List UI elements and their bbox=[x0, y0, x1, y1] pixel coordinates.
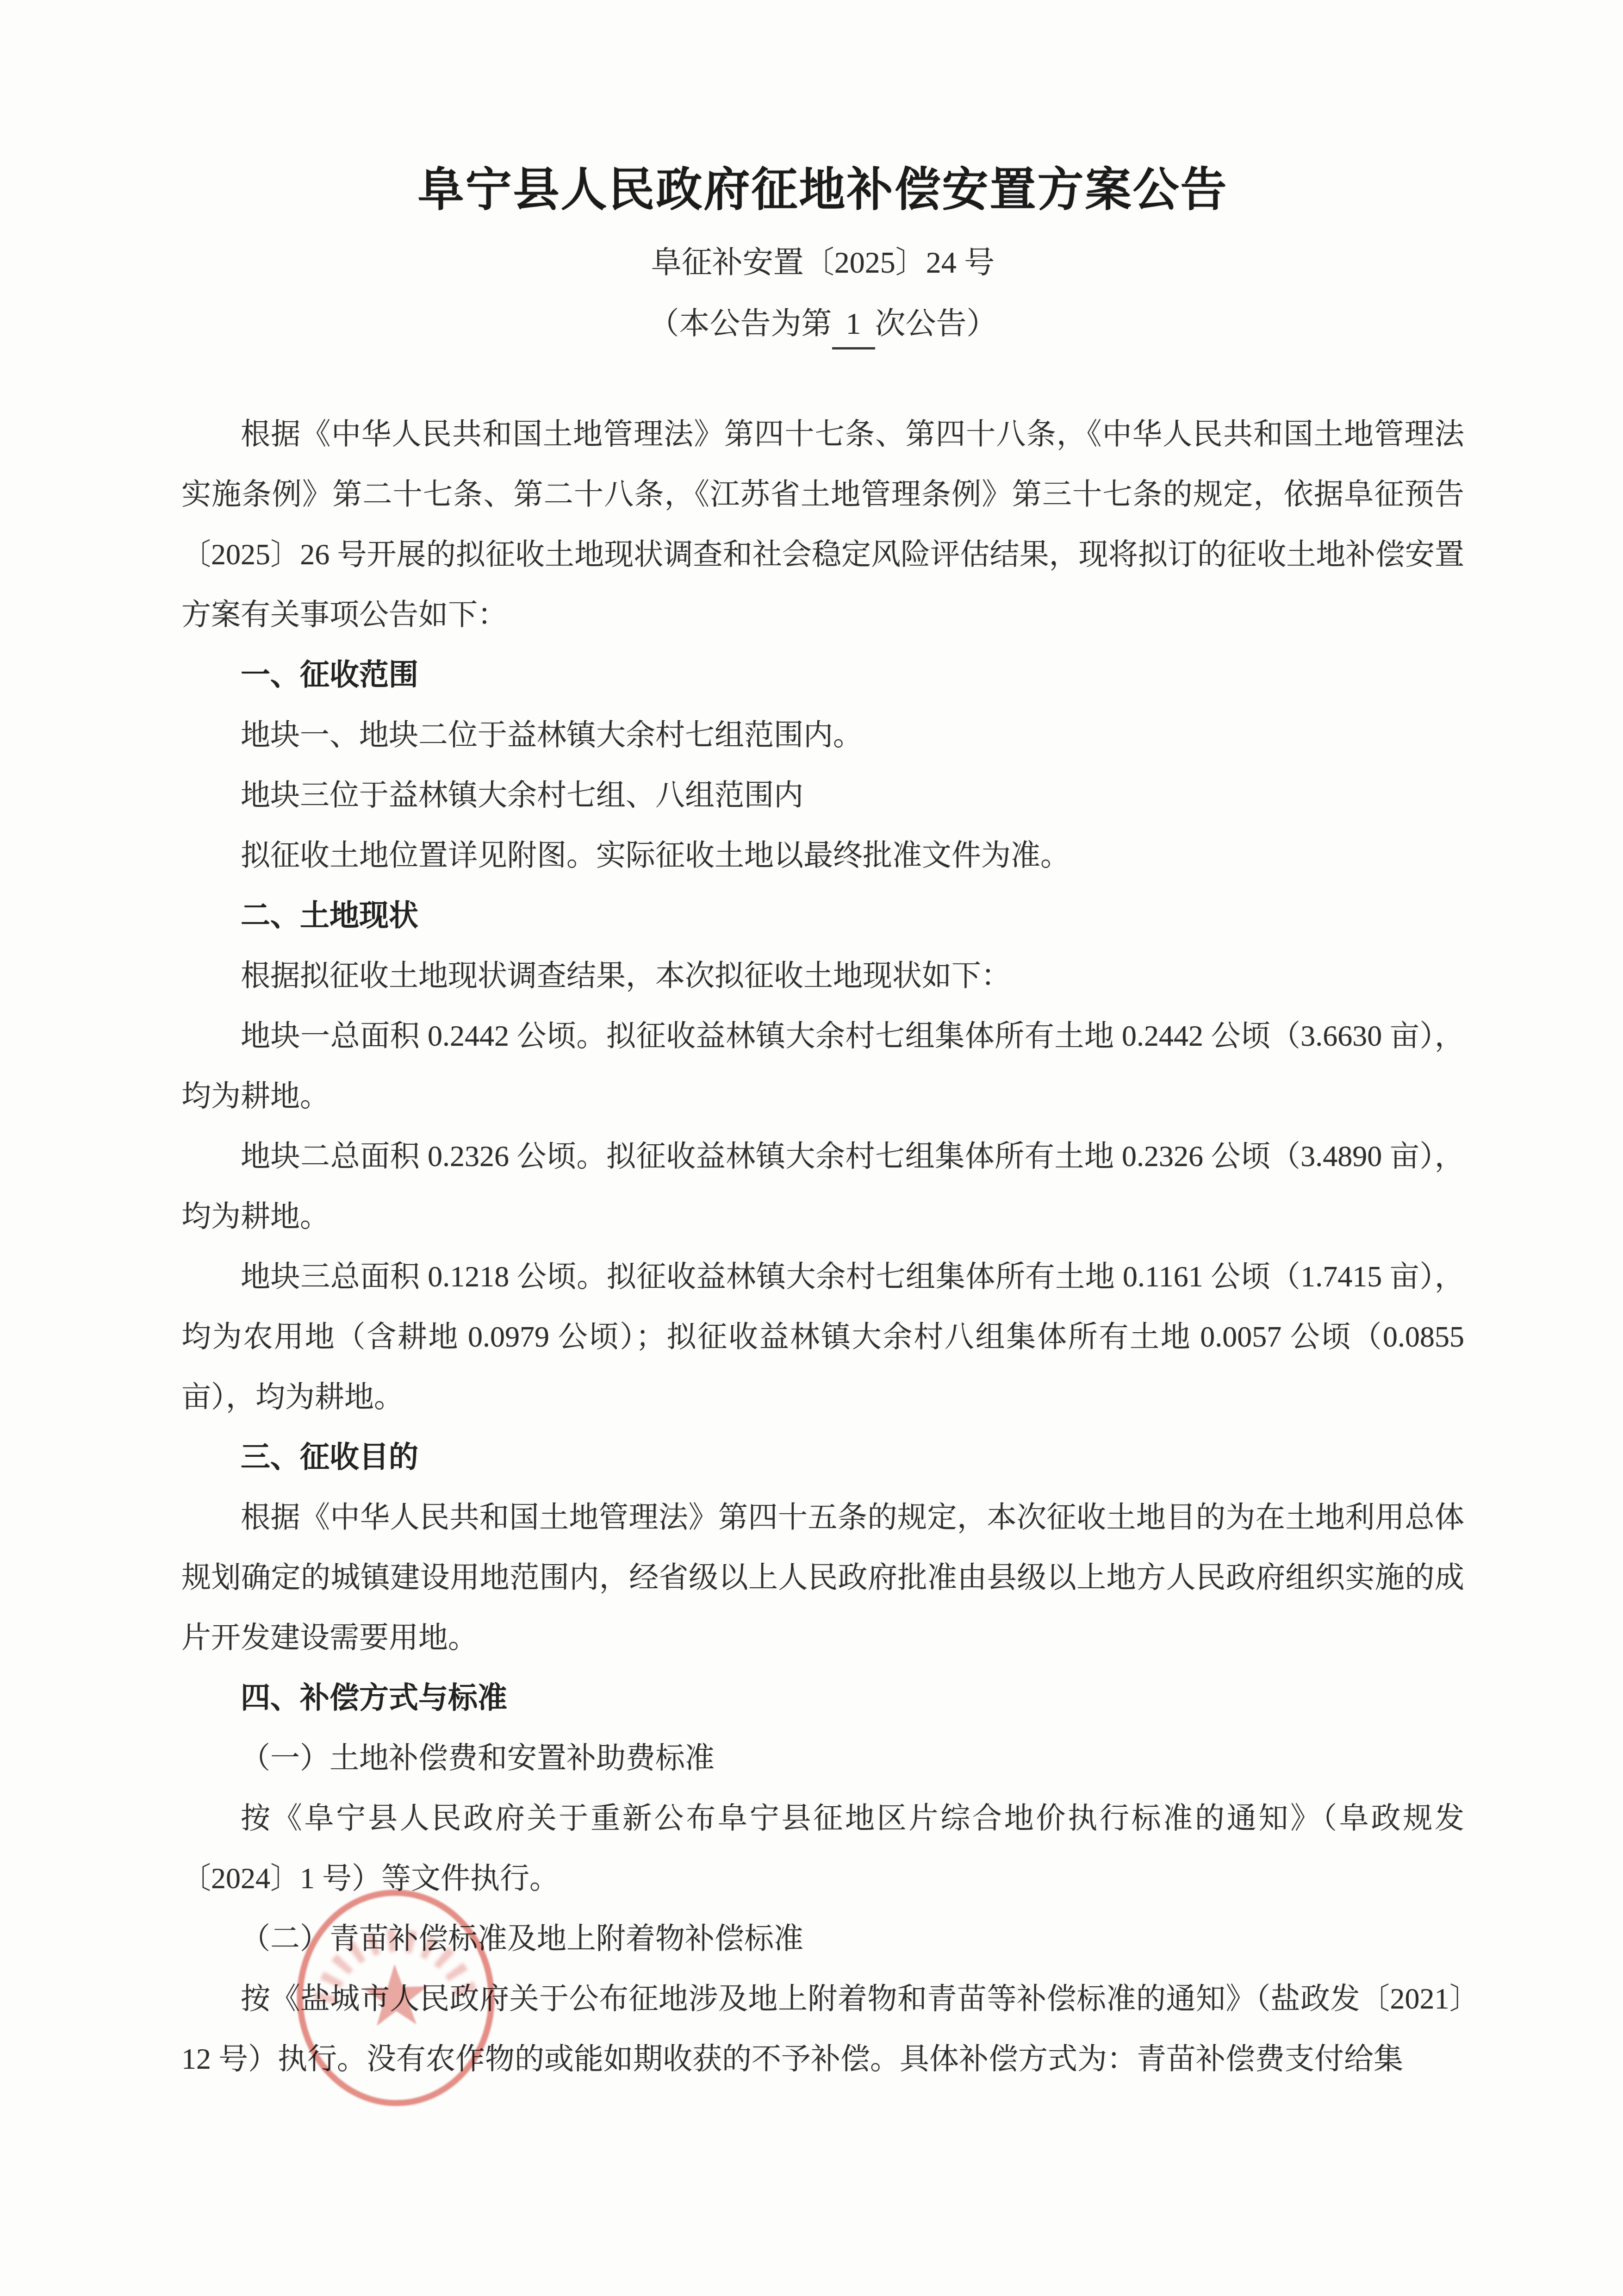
notice-count-prefix: （本公告为第 bbox=[649, 307, 832, 341]
official-seal-stamp bbox=[292, 1885, 499, 2111]
notice-count-suffix: 次公告） bbox=[875, 307, 997, 341]
seal-text-row bbox=[343, 2059, 467, 2064]
page-title: 阜宁县人民政府征地补偿安置方案公告 bbox=[181, 162, 1464, 218]
section-heading: 三、征收目的 bbox=[181, 1427, 1464, 1487]
paragraph: 拟征收土地位置详见附图。实际征收土地以最终批准文件为准。 bbox=[181, 825, 1464, 886]
document-number: 阜征补安置〔2025〕24 号 bbox=[181, 244, 1464, 281]
paragraph: 地块一、地块二位于益林镇大余村七组范围内。 bbox=[181, 705, 1464, 765]
paragraph: （一）土地补偿费和安置补助费标准 bbox=[181, 1728, 1464, 1788]
document-page: 阜宁县人民政府征地补偿安置方案公告 阜征补安置〔2025〕24 号 （本公告为第… bbox=[0, 0, 1623, 2296]
paragraph: 根据《中华人民共和国土地管理法》第四十七条、第四十八条，《中华人民共和国土地管理… bbox=[181, 404, 1464, 645]
seal-graphic bbox=[292, 1885, 499, 2111]
announcement-document: 阜宁县人民政府征地补偿安置方案公告 阜征补安置〔2025〕24 号 （本公告为第… bbox=[181, 162, 1464, 2089]
paragraph: 地块一总面积 0.2442 公顷。拟征收益林镇大余村七组集体所有土地 0.244… bbox=[181, 1006, 1464, 1126]
section-heading: 一、征收范围 bbox=[181, 645, 1464, 705]
notice-count-value: 1 bbox=[832, 302, 875, 349]
paragraph: 地块三位于益林镇大余村七组、八组范围内 bbox=[181, 765, 1464, 825]
document-body: 根据《中华人民共和国土地管理法》第四十七条、第四十八条，《中华人民共和国土地管理… bbox=[181, 404, 1464, 2089]
seal-text-row bbox=[333, 2027, 480, 2032]
paragraph: 根据拟征收土地现状调查结果，本次拟征收土地现状如下： bbox=[181, 946, 1464, 1006]
section-heading: 四、补偿方式与标准 bbox=[181, 1668, 1464, 1728]
section-heading: 二、土地现状 bbox=[181, 886, 1464, 946]
paragraph: 地块二总面积 0.2326 公顷。拟征收益林镇大余村七组集体所有土地 0.232… bbox=[181, 1126, 1464, 1247]
notice-count-line: （本公告为第1次公告） bbox=[181, 302, 1464, 349]
paragraph: 根据《中华人民共和国土地管理法》第四十五条的规定，本次征收土地目的为在土地利用总… bbox=[181, 1487, 1464, 1668]
star-icon bbox=[362, 1963, 429, 2027]
paragraph: 地块三总面积 0.1218 公顷。拟征收益林镇大余村七组集体所有土地 0.116… bbox=[181, 1247, 1464, 1427]
